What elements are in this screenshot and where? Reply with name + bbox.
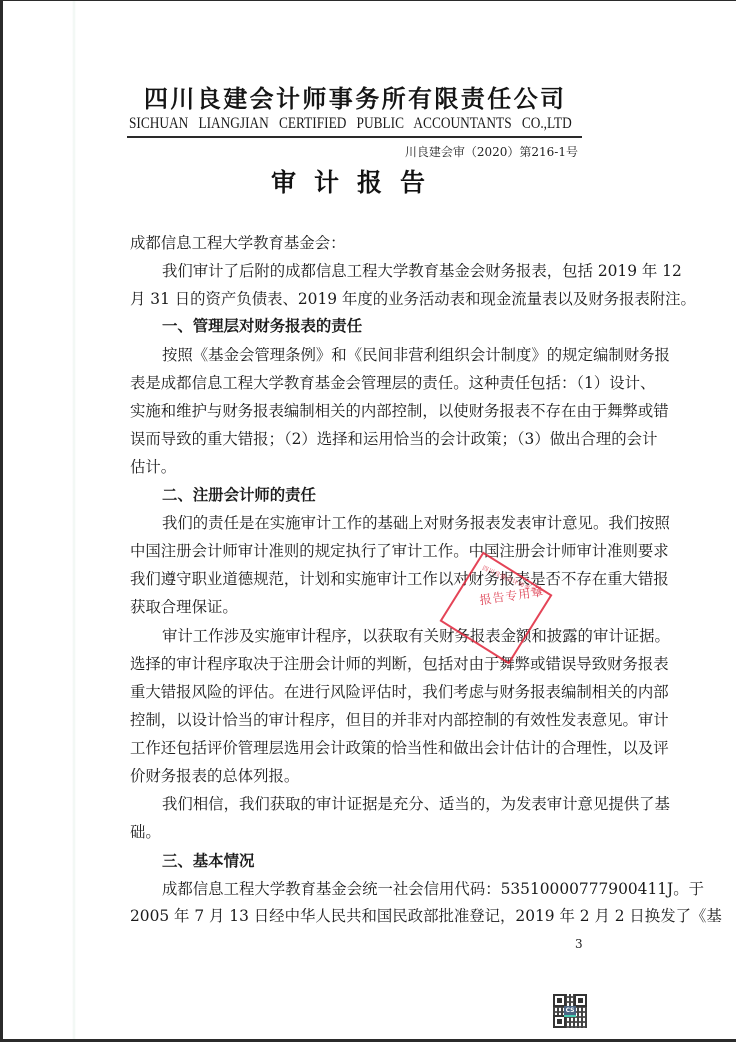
body-text-line: 获取合理保证。 bbox=[130, 596, 585, 618]
page-number: 3 bbox=[575, 936, 583, 952]
body-text-line: 2005 年 7 月 13 日经中华人民共和国民政部批准登记，2019 年 2 … bbox=[130, 905, 585, 927]
body-text-line: 成都信息工程大学教育基金会统一社会信用代码：53510000777900411J… bbox=[162, 878, 585, 900]
section-heading: 一、管理层对财务报表的责任 bbox=[162, 315, 585, 337]
body-text-line: 月 31 日的资产负债表、2019 年度的业务活动表和现金流量表以及财务报表附注… bbox=[130, 288, 585, 310]
body-text-line: 按照《基金会管理条例》和《民间非营利组织会计制度》的规定编制财务报 bbox=[162, 344, 585, 366]
document-page: 四川良建会计师事务所有限责任公司 SICHUAN LIANGJIAN CERTI… bbox=[3, 1, 736, 1039]
body-text-line: 础。 bbox=[130, 821, 585, 843]
body-text-line: 控制，以设计恰当的审计程序，但目的并非对内部控制的有效性发表意见。审计 bbox=[130, 709, 585, 731]
body-text-line: 重大错报风险的评估。在进行风险评估时，我们考虑与财务报表编制相关的内部 bbox=[130, 681, 585, 703]
addressee: 成都信息工程大学教育基金会： bbox=[130, 232, 585, 254]
body-text-line: 实施和维护与财务报表编制相关的内部控制，以使财务报表不存在由于舞弊或错 bbox=[130, 400, 585, 422]
body-text-line: 估计。 bbox=[130, 456, 585, 478]
body-text-line: 中国注册会计师审计准则的规定执行了审计工作。中国注册会计师审计准则要求 bbox=[130, 540, 585, 562]
qr-code-icon: CS bbox=[553, 994, 587, 1028]
reference-number: 川良建会审（2020）第216-1号 bbox=[405, 144, 578, 161]
body-text-line: 价财务报表的总体列报。 bbox=[130, 765, 585, 787]
body-text-line: 工作还包括评价管理层选用会计政策的恰当性和做出会计估计的合理性，以及评 bbox=[130, 737, 585, 759]
firm-name-chinese: 四川良建会计师事务所有限责任公司 bbox=[144, 85, 564, 113]
body-text-line: 选择的审计程序取决于注册会计师的判断，包括对由于舞弊或错误导致财务报表 bbox=[130, 653, 585, 675]
body-text-line: 我们遵守职业道德规范，计划和实施审计工作以对财务报表是否不存在重大错报 bbox=[130, 568, 585, 590]
document-title: 审计报告 bbox=[271, 167, 451, 199]
body-text-line: 误而导致的重大错报；（2）选择和运用恰当的会计政策；（3）做出合理的会计 bbox=[130, 428, 585, 450]
section-heading: 三、基本情况 bbox=[162, 850, 585, 872]
body-text-line: 我们相信，我们获取的审计证据是充分、适当的，为发表审计意见提供了基 bbox=[162, 793, 585, 815]
firm-name-english: SICHUAN LIANGJIAN CERTIFIED PUBLIC ACCOU… bbox=[129, 114, 518, 134]
section-heading: 二、注册会计师的责任 bbox=[162, 484, 585, 506]
letterhead-divider bbox=[127, 136, 582, 138]
camscanner-logo-icon: CS bbox=[564, 1006, 576, 1017]
body-text-line: 审计工作涉及实施审计程序，以获取有关财务报表金额和披露的审计证据。 bbox=[162, 625, 585, 647]
body-text-line: 表是成都信息工程大学教育基金会管理层的责任。这种责任包括：（1）设计、 bbox=[130, 372, 585, 394]
scan-artifact bbox=[72, 1, 76, 1039]
body-text-line: 我们审计了后附的成都信息工程大学教育基金会财务报表，包括 2019 年 12 bbox=[162, 260, 585, 282]
body-text-line: 我们的责任是在实施审计工作的基础上对财务报表发表审计意见。我们按照 bbox=[162, 512, 585, 534]
